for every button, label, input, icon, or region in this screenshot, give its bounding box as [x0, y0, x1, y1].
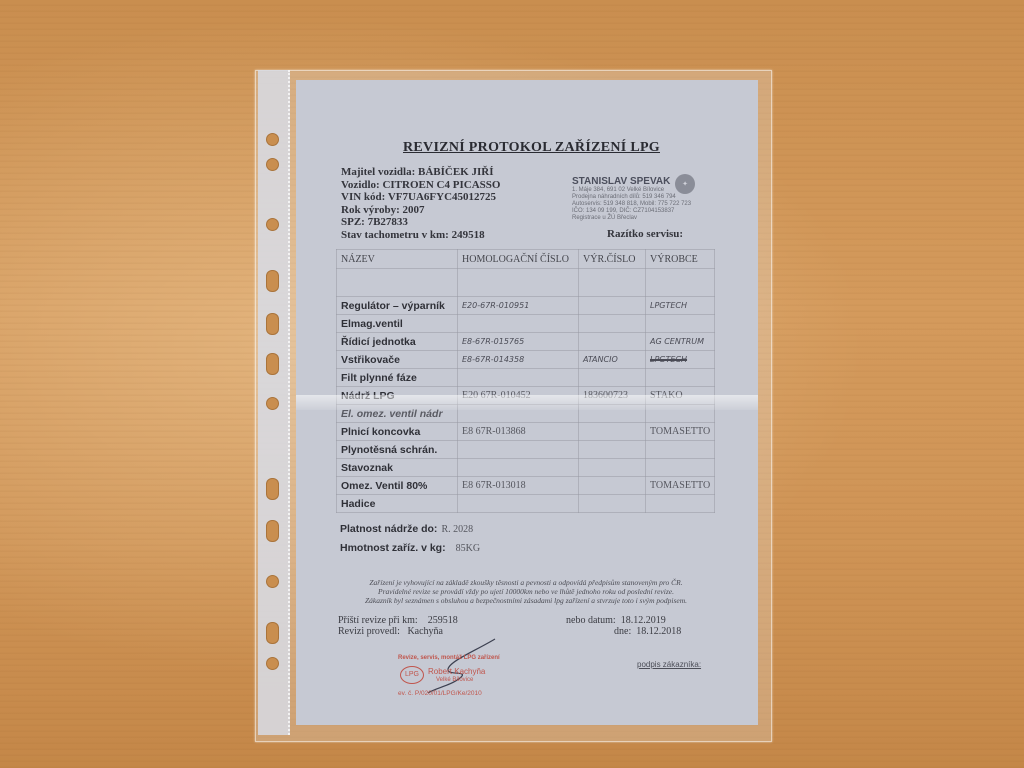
table-row: Filt plynné fáze — [337, 369, 715, 387]
next-revision-km: Příští revize při km: 259518 — [338, 615, 458, 626]
homologation-number: E8 67R-013868 — [458, 423, 579, 441]
part-name: Elmag.ventil — [337, 315, 458, 333]
homologation-number: E8-67R-015765 — [458, 333, 579, 351]
vin-line: VIN kód: VF7UA6FYC45012725 — [341, 191, 500, 204]
sleeve-binding-strip — [258, 70, 290, 735]
header-name: NÁZEV — [337, 250, 458, 269]
part-name: Řídicí jednotka — [337, 333, 458, 351]
binder-hole-icon — [266, 478, 279, 500]
binder-hole-icon — [266, 397, 279, 410]
revision-date: dne: 18.12.2018 — [614, 626, 681, 637]
part-name: Omez. Ventil 80% — [337, 477, 458, 495]
odometer-line: Stav tachometru v km: 249518 — [341, 229, 500, 242]
owner-line: Majitel vozidla: BÁBÍČEK JIŘÍ — [341, 166, 500, 179]
tank-validity-label: Platnost nádrže do: — [340, 523, 437, 535]
device-weight-value: 85KG — [456, 543, 480, 554]
serial-number — [579, 459, 646, 477]
manufacturer: TOMASETTO — [646, 477, 715, 495]
binder-hole-icon — [266, 313, 279, 335]
sleeve-glare — [296, 395, 758, 410]
service-stamp: Revize, servis, montáž LPG zařízení LPG … — [398, 655, 500, 661]
table-row: Plynotěsná schrán. — [337, 441, 715, 459]
homologation-number: E8 67R-013018 — [458, 477, 579, 495]
stamp-name: Robert Kachyňa — [428, 667, 485, 676]
homologation-number — [458, 441, 579, 459]
table-row: Regulátor – výparníkE20-67R-010951LPGTEC… — [337, 297, 715, 315]
part-name: Stavoznak — [337, 459, 458, 477]
homologation-number — [458, 459, 579, 477]
manufacturer — [646, 441, 715, 459]
binder-hole-icon — [266, 657, 279, 670]
serial-number — [579, 297, 646, 315]
serial-number — [579, 477, 646, 495]
serial-number — [579, 315, 646, 333]
document-title: REVIZNÍ PROTOKOL ZAŘÍZENÍ LPG — [403, 140, 660, 156]
serial-number — [579, 495, 646, 513]
manufacturer: LPGTECH — [646, 351, 715, 369]
serial-number — [579, 441, 646, 459]
company-header: STANISLAV SPEVAK ✦ 1. Máje 384, 691 02 V… — [572, 176, 702, 222]
stamp-top-text: Revize, servis, montáž LPG zařízení — [398, 655, 500, 661]
stamp-city: Velké Bílovice — [436, 677, 473, 683]
binder-hole-icon — [266, 353, 279, 375]
binder-hole-icon — [266, 158, 279, 171]
table-header-row: NÁZEV HOMOLOGAČNÍ ČÍSLO VÝR.ČÍSLO VÝROBC… — [337, 250, 715, 269]
serial-number — [579, 333, 646, 351]
lpg-badge-icon: LPG — [400, 666, 424, 684]
homologation-number — [458, 269, 579, 297]
vehicle-line: Vozidlo: CITROEN C4 PICASSO — [341, 179, 500, 192]
serial-number — [579, 369, 646, 387]
table-row: Řídicí jednotkaE8-67R-015765AG CENTRUM — [337, 333, 715, 351]
manufacturer — [646, 495, 715, 513]
device-weight: Hmotnost zaříz. v kg:85KG — [340, 542, 480, 554]
stamp-registration: ev. č. P/020/01/LPG/Ke/2010 — [398, 690, 482, 697]
binder-hole-icon — [266, 622, 279, 644]
table-row: Plnicí koncovkaE8 67R-013868TOMASETTO — [337, 423, 715, 441]
table-row: Elmag.ventil — [337, 315, 715, 333]
technician-signature-icon — [420, 636, 500, 696]
service-stamp-label: Razítko servisu: — [607, 228, 683, 240]
part-name: Regulátor – výparník — [337, 297, 458, 315]
serial-number — [579, 269, 646, 297]
part-name: Vstřikovače — [337, 351, 458, 369]
part-name: Hadice — [337, 495, 458, 513]
device-weight-label: Hmotnost zaříz. v kg: — [340, 542, 446, 554]
tank-validity-value: R. 2028 — [441, 524, 473, 535]
manufacturer: TOMASETTO — [646, 423, 715, 441]
header-manufacturer: VÝROBCE — [646, 250, 715, 269]
manufacturer — [646, 459, 715, 477]
manufacturer: LPGTECH — [646, 297, 715, 315]
company-logo-icon: ✦ — [675, 174, 695, 194]
manufacturer — [646, 369, 715, 387]
part-name — [337, 269, 458, 297]
customer-signature-label: podpis zákazníka: — [637, 660, 701, 669]
binder-hole-icon — [266, 270, 279, 292]
part-name: Filt plynné fáze — [337, 369, 458, 387]
binder-hole-icon — [266, 218, 279, 231]
table-row: Stavoznak — [337, 459, 715, 477]
table-row: Omez. Ventil 80%E8 67R-013018TOMASETTO — [337, 477, 715, 495]
serial-number: ATANCIO — [579, 351, 646, 369]
manufacturer — [646, 269, 715, 297]
tank-validity: Platnost nádrže do:R. 2028 — [340, 523, 473, 535]
binder-hole-icon — [266, 575, 279, 588]
binder-hole-icon — [266, 133, 279, 146]
part-name: Plnicí koncovka — [337, 423, 458, 441]
homologation-number — [458, 315, 579, 333]
table-row — [337, 269, 715, 297]
header-homologation: HOMOLOGAČNÍ ČÍSLO — [458, 250, 579, 269]
year-line: Rok výroby: 2007 — [341, 204, 500, 217]
manufacturer — [646, 315, 715, 333]
header-serial: VÝR.ČÍSLO — [579, 250, 646, 269]
binder-hole-icon — [266, 520, 279, 542]
homologation-number: E8-67R-014358 — [458, 351, 579, 369]
table-row: Hadice — [337, 495, 715, 513]
compliance-note: Zařízení je vyhovující na základě zkoušk… — [336, 578, 716, 605]
homologation-number — [458, 495, 579, 513]
spz-line: SPZ: 7B27833 — [341, 216, 500, 229]
next-revision-date: nebo datum: 18.12.2019 — [566, 615, 666, 626]
part-name: Plynotěsná schrán. — [337, 441, 458, 459]
homologation-number — [458, 369, 579, 387]
table-row: VstřikovačeE8-67R-014358ATANCIOLPGTECH — [337, 351, 715, 369]
vehicle-info: Majitel vozidla: BÁBÍČEK JIŘÍ Vozidlo: C… — [341, 166, 500, 241]
serial-number — [579, 423, 646, 441]
parts-table: NÁZEV HOMOLOGAČNÍ ČÍSLO VÝR.ČÍSLO VÝROBC… — [336, 249, 715, 513]
homologation-number: E20-67R-010951 — [458, 297, 579, 315]
manufacturer: AG CENTRUM — [646, 333, 715, 351]
